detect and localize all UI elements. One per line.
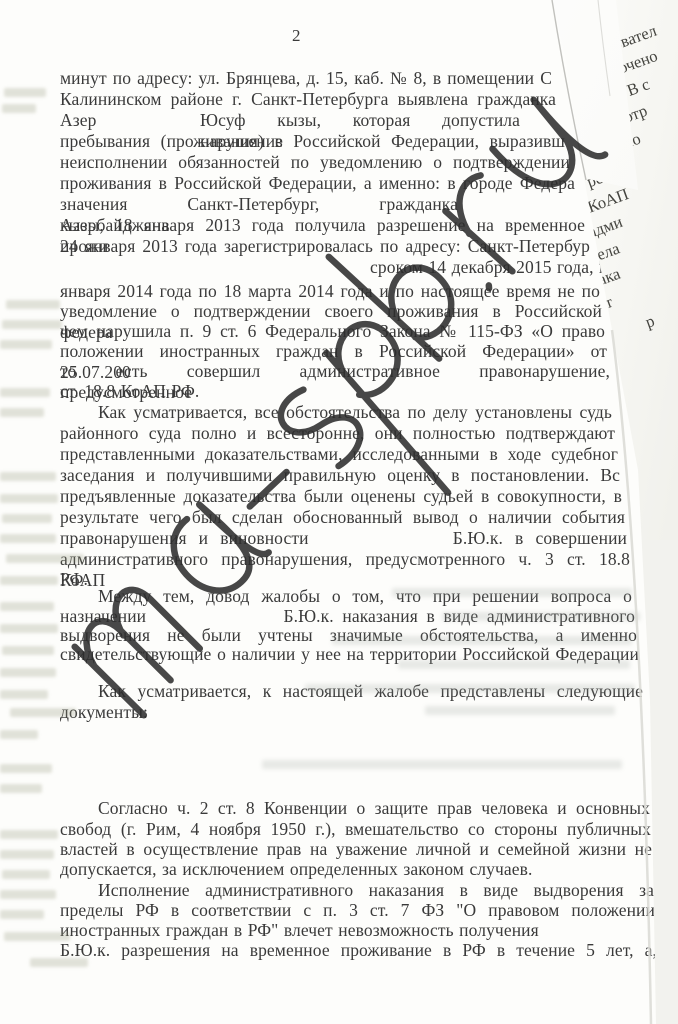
- text-line: Б.Ю.к. разрешения на временное проживани…: [60, 940, 657, 961]
- bleed-through-mark: [0, 890, 56, 899]
- text-line: чем нарушила п. 9 ст. 6 Федерального Зак…: [60, 321, 605, 342]
- bleed-through-mark: [0, 668, 56, 677]
- bleed-through-mark: [0, 910, 44, 919]
- bleed-through-mark: [2, 320, 62, 329]
- text-line: сроком 14 декабря 2015 года, п: [370, 257, 609, 278]
- bleed-through-mark: [0, 764, 52, 773]
- bleed-through-mark: [0, 576, 58, 585]
- text-line: пределы РФ в соответствии с п. 3 ст. 7 Ф…: [60, 900, 655, 921]
- page-number: 2: [292, 26, 301, 46]
- redacted-blank: [155, 621, 275, 622]
- text-line: иностранных граждан в РФ" влечет невозмо…: [60, 920, 539, 941]
- text-fragment: назначении: [60, 606, 146, 626]
- text-line: районного суда полно и всесторонне, они …: [60, 423, 615, 444]
- text-line: января 2014 года по 18 марта 2014 года и…: [60, 281, 600, 302]
- bleed-through-mark: [4, 932, 70, 941]
- bleed-through-mark: [10, 708, 76, 717]
- bleed-through-mark: [0, 388, 50, 397]
- ghost-print: [305, 684, 635, 693]
- text-line: результате чего был сделан обоснованный …: [60, 507, 625, 528]
- bleed-through-mark: [2, 514, 52, 523]
- text-line: проживания в Российской Федерации, а име…: [60, 173, 575, 194]
- text-line: административного правонарушения, предус…: [60, 549, 630, 591]
- bleed-through-mark: [0, 494, 58, 503]
- bleed-through-mark: [6, 554, 84, 563]
- text-line: допускается, за исключением определенных…: [60, 859, 532, 880]
- text-line: Исполнение административного наказания в…: [60, 880, 654, 901]
- text-line: минут по адресу: ул. Брянцева, д. 15, ка…: [60, 68, 552, 89]
- ghost-print: [442, 612, 640, 621]
- bleed-through-mark: [0, 340, 52, 349]
- main-page: 2 минут по адресу: ул. Брянцева, д. 15, …: [0, 0, 678, 1024]
- bleed-through-mark: [0, 690, 48, 699]
- bleed-through-mark: [0, 830, 58, 839]
- ghost-print: [262, 760, 622, 769]
- bleed-through-mark: [2, 104, 36, 113]
- bleed-through-mark: [0, 624, 58, 633]
- text-line: заседания и получившими правильную оценк…: [60, 465, 620, 486]
- text-line: неисполнении обязанностей по уведомлению…: [60, 152, 570, 173]
- bleed-through-mark: [0, 408, 44, 417]
- bleed-through-mark: [0, 472, 56, 481]
- text-line: властей в осуществление прав на уважение…: [60, 839, 652, 860]
- text-line: пребывания (проживания) в Российской Фед…: [60, 131, 565, 152]
- ghost-print: [398, 660, 630, 669]
- text-line: Как усматривается, все обстоятельства по…: [60, 402, 612, 423]
- bleed-through-mark: [2, 646, 54, 655]
- bleed-through-mark: [0, 850, 54, 859]
- bleed-through-mark: [0, 534, 56, 543]
- bleed-through-mark: [0, 602, 54, 611]
- text-fragment: Б.Ю.к. в совершении: [453, 528, 627, 548]
- bleed-through-mark: [0, 784, 42, 793]
- redacted-blank: [321, 543, 441, 544]
- text-line-with-redaction: правонарушения и виновности Б.Ю.к. в сов…: [60, 528, 627, 549]
- scanned-document-page: следовател исключено В с рассмотр постан…: [0, 0, 678, 1024]
- text-line: свобод (г. Рим, 4 ноября 1950 г.), вмеша…: [60, 819, 651, 840]
- bleed-through-mark: [0, 730, 38, 739]
- bleed-through-mark: [4, 88, 46, 97]
- text-line: предъявленные доказательства были оценен…: [60, 486, 622, 507]
- text-line: ст. 18.8 КоАП РФ.: [60, 381, 199, 402]
- ghost-print: [425, 706, 615, 715]
- bleed-through-mark: [2, 870, 50, 879]
- bleed-through-mark: [6, 300, 60, 309]
- bleed-through-mark: [30, 958, 88, 967]
- ghost-print: [392, 588, 632, 597]
- ghost-print: [332, 636, 632, 645]
- text-line: Согласно ч. 2 ст. 8 Конвенции о защите п…: [60, 798, 650, 819]
- text-line: представленными доказательствами, исслед…: [60, 444, 618, 465]
- text-fragment: правонарушения и виновности: [60, 528, 309, 548]
- text-line: 24 января 2013 года зарегистрировалась п…: [60, 236, 590, 257]
